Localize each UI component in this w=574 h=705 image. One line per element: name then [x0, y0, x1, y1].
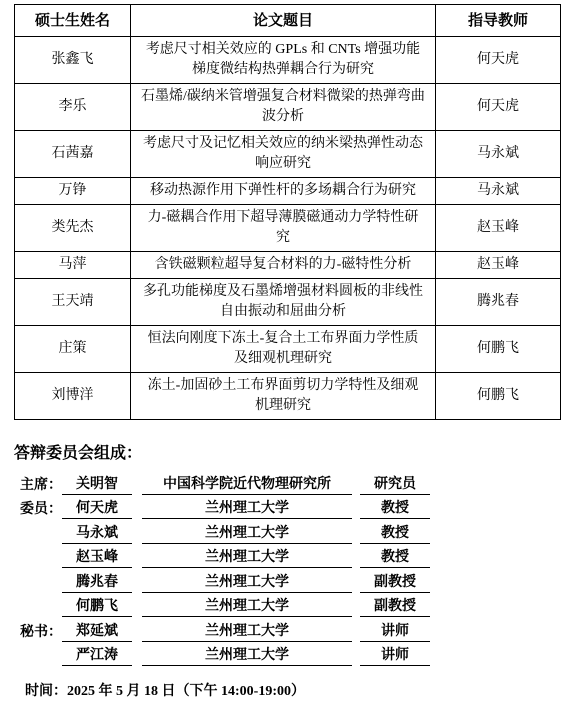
- thesis-table-row: 类先杰 力-磁耦合作用下超导薄膜磁通动力学特性研究 赵玉峰: [15, 205, 561, 252]
- thesis-title-cell: 移动热源作用下弹性杆的多场耦合行为研究: [131, 178, 436, 205]
- committee-member-affiliation: 兰州理工大学: [142, 646, 352, 666]
- time-label: 时间：: [25, 684, 67, 699]
- thesis-title-cell: 多孔功能梯度及石墨烯增强材料圆板的非线性自由振动和屈曲分析: [131, 279, 436, 326]
- committee-role-label: 主席：: [20, 476, 62, 495]
- committee-member-affiliation: 兰州理工大学: [142, 524, 352, 544]
- advisor-cell: 何鹏飞: [436, 373, 561, 420]
- header-thesis-title: 论文题目: [131, 5, 436, 37]
- committee-role-label: 秘书：: [20, 623, 62, 642]
- committee-member-name: 何鹏飞: [62, 597, 132, 617]
- committee-row: 秘书： 郑延斌 兰州理工大学 讲师: [14, 617, 454, 642]
- thesis-title-cell: 冻土-加固砂土工布界面剪切力学特性及细观机理研究: [131, 373, 436, 420]
- committee-member-name: 郑延斌: [62, 622, 132, 642]
- committee-member-name: 何天虎: [62, 499, 132, 519]
- thesis-table-row: 刘博洋 冻土-加固砂土工布界面剪切力学特性及细观机理研究 何鹏飞: [15, 373, 561, 420]
- thesis-table: 硕士生姓名 论文题目 指导教师 张鑫飞 考虑尺寸相关效应的 GPLs 和 CNT…: [14, 4, 561, 420]
- time-value: 2025 年 5 月 18 日（下午 14:00-19:00）: [67, 684, 305, 699]
- advisor-cell: 马永斌: [436, 131, 561, 178]
- thesis-title-cell: 恒法向刚度下冻土-复合土工布界面力学性质及细观机理研究: [131, 326, 436, 373]
- committee-member-affiliation: 兰州理工大学: [142, 548, 352, 568]
- committee-row: 何鹏飞 兰州理工大学 副教授: [14, 593, 454, 618]
- committee-member-affiliation: 兰州理工大学: [142, 622, 352, 642]
- thesis-title-cell: 含铁磁颗粒超导复合材料的力-磁特性分析: [131, 252, 436, 279]
- committee-member-affiliation: 兰州理工大学: [142, 597, 352, 617]
- advisor-cell: 赵玉峰: [436, 205, 561, 252]
- student-name-cell: 庄策: [15, 326, 131, 373]
- committee-row: 马永斌 兰州理工大学 教授: [14, 519, 454, 544]
- advisor-cell: 腾兆春: [436, 279, 561, 326]
- student-name-cell: 刘博洋: [15, 373, 131, 420]
- student-name-cell: 张鑫飞: [15, 37, 131, 84]
- thesis-title-cell: 考虑尺寸相关效应的 GPLs 和 CNTs 增强功能梯度微结构热弹耦合行为研究: [131, 37, 436, 84]
- header-student-name: 硕士生姓名: [15, 5, 131, 37]
- committee-member-name: 马永斌: [62, 524, 132, 544]
- advisor-cell: 马永斌: [436, 178, 561, 205]
- committee-member-title: 副教授: [360, 597, 430, 617]
- committee-member-name: 严江涛: [62, 646, 132, 666]
- thesis-table-row: 马萍 含铁磁颗粒超导复合材料的力-磁特性分析 赵玉峰: [15, 252, 561, 279]
- committee-member-title: 讲师: [360, 646, 430, 666]
- committee-member-affiliation: 中国科学院近代物理研究所: [142, 475, 352, 495]
- committee-member-affiliation: 兰州理工大学: [142, 573, 352, 593]
- committee-member-title: 教授: [360, 499, 430, 519]
- advisor-cell: 赵玉峰: [436, 252, 561, 279]
- thesis-table-row: 庄策 恒法向刚度下冻土-复合土工布界面力学性质及细观机理研究 何鹏飞: [15, 326, 561, 373]
- thesis-table-header-row: 硕士生姓名 论文题目 指导教师: [15, 5, 561, 37]
- advisor-cell: 何天虎: [436, 84, 561, 131]
- committee-list: 主席： 关明智 中国科学院近代物理研究所 研究员 委员： 何天虎 兰州理工大学 …: [14, 470, 454, 666]
- committee-heading: 答辩委员会组成：: [14, 444, 454, 464]
- advisor-cell: 何鹏飞: [436, 326, 561, 373]
- thesis-table-row: 万铮 移动热源作用下弹性杆的多场耦合行为研究 马永斌: [15, 178, 561, 205]
- committee-member-name: 关明智: [62, 475, 132, 495]
- committee-row: 主席： 关明智 中国科学院近代物理研究所 研究员: [14, 470, 454, 495]
- student-name-cell: 万铮: [15, 178, 131, 205]
- committee-row: 严江涛 兰州理工大学 讲师: [14, 642, 454, 667]
- header-advisor: 指导教师: [436, 5, 561, 37]
- committee-member-title: 副教授: [360, 573, 430, 593]
- committee-member-title: 讲师: [360, 622, 430, 642]
- thesis-table-row: 李乐 石墨烯/碳纳米管增强复合材料微梁的热弹弯曲波分析 何天虎: [15, 84, 561, 131]
- thesis-table-header: 硕士生姓名 论文题目 指导教师: [15, 5, 561, 37]
- thesis-table-body: 张鑫飞 考虑尺寸相关效应的 GPLs 和 CNTs 增强功能梯度微结构热弹耦合行…: [15, 37, 561, 420]
- student-name-cell: 李乐: [15, 84, 131, 131]
- student-name-cell: 类先杰: [15, 205, 131, 252]
- student-name-cell: 王天靖: [15, 279, 131, 326]
- advisor-cell: 何天虎: [436, 37, 561, 84]
- committee-member-affiliation: 兰州理工大学: [142, 499, 352, 519]
- student-name-cell: 石茜嘉: [15, 131, 131, 178]
- thesis-title-cell: 考虑尺寸及记忆相关效应的纳米梁热弹性动态响应研究: [131, 131, 436, 178]
- committee-row: 腾兆春 兰州理工大学 副教授: [14, 568, 454, 593]
- committee-member-name: 赵玉峰: [62, 548, 132, 568]
- thesis-table-row: 石茜嘉 考虑尺寸及记忆相关效应的纳米梁热弹性动态响应研究 马永斌: [15, 131, 561, 178]
- thesis-table-row: 王天靖 多孔功能梯度及石墨烯增强材料圆板的非线性自由振动和屈曲分析 腾兆春: [15, 279, 561, 326]
- committee-section: 答辩委员会组成： 主席： 关明智 中国科学院近代物理研究所 研究员 委员： 何天…: [14, 444, 454, 666]
- defense-time-line: 时间：2025 年 5 月 18 日（下午 14:00-19:00）: [25, 680, 305, 700]
- committee-member-title: 研究员: [360, 475, 430, 495]
- committee-role-label: 委员：: [20, 500, 62, 519]
- thesis-table-row: 张鑫飞 考虑尺寸相关效应的 GPLs 和 CNTs 增强功能梯度微结构热弹耦合行…: [15, 37, 561, 84]
- document-page: 硕士生姓名 论文题目 指导教师 张鑫飞 考虑尺寸相关效应的 GPLs 和 CNT…: [0, 0, 574, 705]
- committee-member-name: 腾兆春: [62, 573, 132, 593]
- thesis-title-cell: 力-磁耦合作用下超导薄膜磁通动力学特性研究: [131, 205, 436, 252]
- committee-row: 赵玉峰 兰州理工大学 教授: [14, 544, 454, 569]
- committee-row: 委员： 何天虎 兰州理工大学 教授: [14, 495, 454, 520]
- thesis-title-cell: 石墨烯/碳纳米管增强复合材料微梁的热弹弯曲波分析: [131, 84, 436, 131]
- student-name-cell: 马萍: [15, 252, 131, 279]
- committee-member-title: 教授: [360, 548, 430, 568]
- committee-member-title: 教授: [360, 524, 430, 544]
